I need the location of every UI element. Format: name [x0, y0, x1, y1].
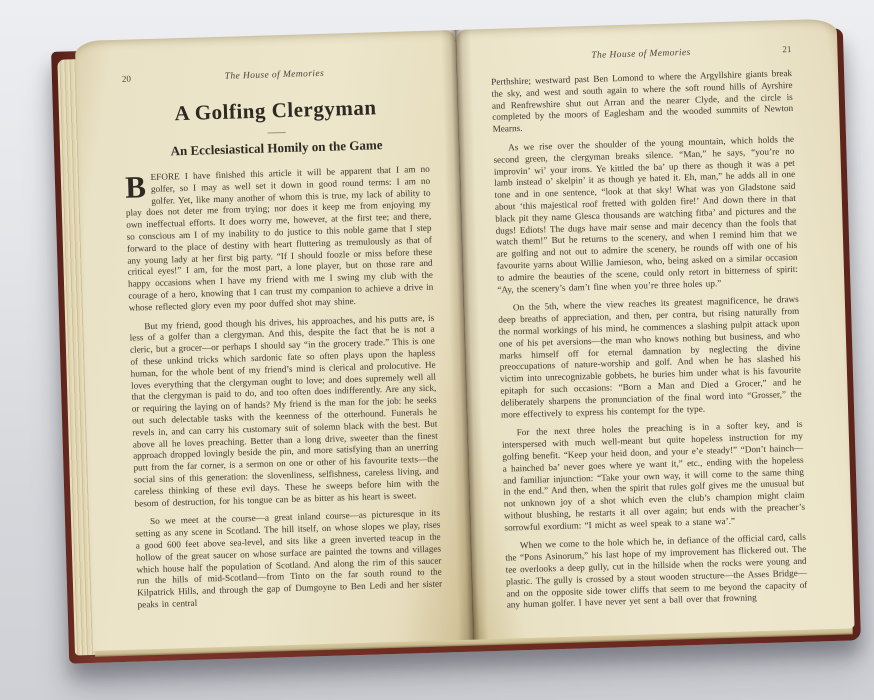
- drop-cap: B: [125, 172, 151, 200]
- right-page-number: 21: [765, 44, 791, 55]
- open-book: 20 The House of Memories A Golfing Clerg…: [47, 12, 868, 678]
- paragraph: When we come to the hole which he, in de…: [505, 532, 808, 612]
- paragraph: So we meet at the course—a great inland …: [135, 508, 443, 611]
- chapter-title: A Golfing Clergyman: [123, 94, 429, 128]
- right-page-body: Perthshire; westward past Ben Lomond to …: [491, 68, 808, 612]
- left-page-body: BEFORE I have finished this article it w…: [125, 164, 443, 612]
- right-running-head: The House of Memories 21: [490, 44, 791, 64]
- title-rule: [267, 132, 285, 134]
- left-page: 20 The House of Memories A Golfing Clerg…: [75, 30, 474, 651]
- paragraph: Perthshire; westward past Ben Lomond to …: [491, 68, 794, 136]
- running-head-title: The House of Memories: [516, 46, 765, 63]
- paragraph: On the 5th, where the view reaches its g…: [498, 294, 802, 421]
- running-head-title: The House of Memories: [148, 67, 401, 85]
- running-head-spacer: [401, 73, 427, 74]
- right-page: The House of Memories 21 Perthshire; wes…: [456, 19, 855, 640]
- page-spread: 20 The House of Memories A Golfing Clerg…: [75, 19, 855, 651]
- paragraph: For the next three holes the preaching i…: [501, 419, 805, 534]
- paragraph: BEFORE I have finished this article it w…: [125, 164, 434, 315]
- left-running-head: 20 The House of Memories: [122, 65, 427, 85]
- chapter-subtitle: An Ecclesiastical Homily on the Game: [124, 136, 429, 161]
- left-page-number: 20: [122, 73, 148, 84]
- paragraph: As we rise over the shoulder of the youn…: [493, 134, 798, 296]
- running-head-spacer: [491, 60, 517, 61]
- paragraph: But my friend, good though his drives, h…: [129, 312, 439, 510]
- paragraph-text: EFORE I have finished this article it wi…: [126, 164, 434, 313]
- photo-background: 20 The House of Memories A Golfing Clerg…: [0, 0, 874, 700]
